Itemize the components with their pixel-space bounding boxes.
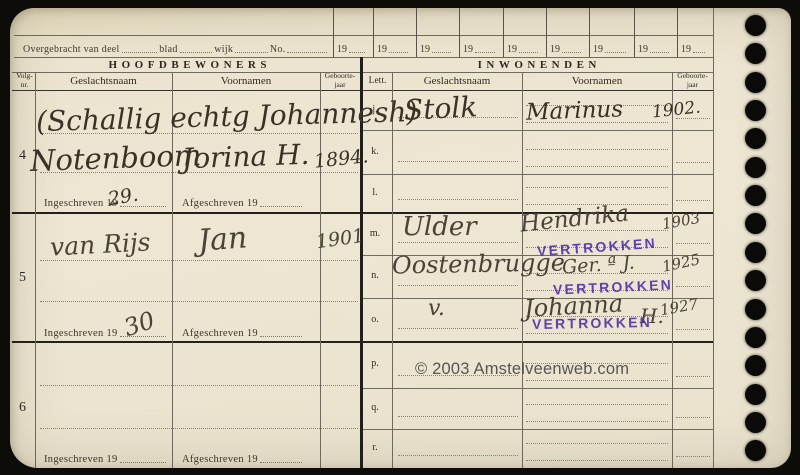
ingeschreven-text: Ingeschreven 19 xyxy=(44,328,118,339)
inwonenden-title: INWONENDEN xyxy=(361,59,713,71)
inwonenden-row-rule xyxy=(361,130,713,131)
punch-hole xyxy=(745,384,766,405)
ingeschreven-text: Ingeschreven 19 xyxy=(44,454,118,465)
dotted-blank xyxy=(432,49,451,53)
dotted-blank xyxy=(693,49,705,53)
inwonenden-row-rule xyxy=(361,388,713,389)
punch-hole xyxy=(745,185,766,206)
volgnr-4: 4 xyxy=(19,148,26,164)
inwonenden-row-rule xyxy=(361,174,713,175)
writing-dotline xyxy=(398,328,518,329)
dotted-blank xyxy=(650,49,669,53)
writing-dotline xyxy=(398,161,518,162)
geboortejaar-column-header-left: Geboorte- jaar xyxy=(320,72,360,90)
voornamen-column-header-left: Voornamen xyxy=(172,72,320,90)
ingeschreven-label-row4: Ingeschreven 19 xyxy=(44,198,168,209)
writing-dotline xyxy=(40,301,358,302)
year-column-rule xyxy=(546,8,547,57)
vertrokken-stamp-n: VERTROKKEN xyxy=(553,276,674,297)
afgeschreven-text: Afgeschreven 19 xyxy=(182,454,258,465)
afgeschreven-label-row5: Afgeschreven 19 xyxy=(182,328,304,339)
writing-dotline xyxy=(398,455,518,456)
lett-label: l. xyxy=(361,187,389,198)
writing-dotline xyxy=(676,286,710,287)
volgnr-5: 5 xyxy=(19,270,26,286)
lett-label: n. xyxy=(361,270,389,281)
afgeschreven-text: Afgeschreven 19 xyxy=(182,198,258,209)
year-cell: 19 xyxy=(377,39,410,55)
transfer-deel-label: Overgebracht van deel xyxy=(23,44,120,55)
writing-dotline xyxy=(398,199,518,200)
afgeschreven-text: Afgeschreven 19 xyxy=(182,328,258,339)
dotted-blank xyxy=(349,49,365,53)
lett-label: r. xyxy=(361,442,389,453)
geboortejaar-column-header-right: Geboorte- jaar xyxy=(672,72,713,90)
punch-hole xyxy=(745,15,766,36)
year-cell: 19 xyxy=(638,39,671,55)
year-column-rule xyxy=(416,8,417,57)
year-column-rule xyxy=(373,8,374,57)
inwonenden-row-rule xyxy=(361,429,713,430)
dotted-blank xyxy=(475,49,495,53)
handwriting-o-geslachtsnaam: v. xyxy=(428,296,445,321)
punch-hole xyxy=(745,355,766,376)
year-column-rule xyxy=(634,8,635,57)
dotted-blank xyxy=(287,49,327,53)
hoofdbewoners-title: HOOFDBEWONERS xyxy=(14,59,361,71)
punch-hole xyxy=(745,43,766,64)
writing-dotline xyxy=(526,333,668,334)
writing-dotline xyxy=(676,243,710,244)
handwriting-row4-geslachtsnaam: Notenboom xyxy=(29,138,201,178)
punch-hole xyxy=(745,299,766,320)
year-cell: 19 xyxy=(337,39,367,55)
dotted-blank xyxy=(260,203,302,207)
voornamen-column-header-right: Voornamen xyxy=(522,72,672,90)
year-column-rule xyxy=(459,8,460,57)
handwriting-row4-voornamen: Jorina H. xyxy=(181,138,309,175)
transfer-wijk-label: wijk xyxy=(214,44,233,55)
lett-label: p. xyxy=(361,358,389,369)
handwriting-row5-geboortejaar: 1901 xyxy=(315,225,366,254)
dotted-blank xyxy=(180,49,213,53)
writing-dotline xyxy=(526,166,668,167)
writing-dotline xyxy=(526,421,668,422)
dotted-blank xyxy=(562,49,581,53)
handwriting-row5-geslachtsnaam: van Rijs xyxy=(49,227,151,261)
year-cell: 19 xyxy=(420,39,453,55)
writing-dotline xyxy=(676,329,710,330)
punch-hole xyxy=(745,412,766,433)
writing-dotline xyxy=(398,416,518,417)
dotted-blank xyxy=(260,459,302,463)
year-cell: 19 xyxy=(507,39,540,55)
year-column-rule xyxy=(503,8,504,57)
lett-label: q. xyxy=(361,402,389,413)
year-column-rule xyxy=(589,8,590,57)
writing-dotline xyxy=(526,443,668,444)
geslachtsnaam-column-header-left: Geslachtsnaam xyxy=(35,72,172,90)
volgnr-column-header: Volg- nr. xyxy=(14,72,35,90)
dotted-blank xyxy=(389,49,408,53)
volgnr-6: 6 xyxy=(19,400,26,416)
dotted-blank xyxy=(122,49,158,53)
year-cell: 19 xyxy=(550,39,583,55)
writing-dotline xyxy=(398,242,518,243)
writing-dotline xyxy=(676,376,710,377)
ingeschreven-label-row6: Ingeschreven 19 xyxy=(44,454,168,465)
writing-dotline xyxy=(526,187,668,188)
writing-dotline xyxy=(676,456,710,457)
writing-dotline xyxy=(40,428,358,429)
afgeschreven-label-row4: Afgeschreven 19 xyxy=(182,198,304,209)
table-rule-vertical xyxy=(713,8,714,468)
writing-dotline xyxy=(40,385,358,386)
handwriting-m-voornamen: Hendrika xyxy=(519,200,630,237)
dotted-blank xyxy=(260,333,302,337)
year-cell: 19 xyxy=(593,39,628,55)
lett-column-header: Lett. xyxy=(363,72,392,90)
writing-dotline xyxy=(676,200,710,201)
writing-dotline xyxy=(676,417,710,418)
lett-label: m. xyxy=(361,228,389,239)
handwriting-j-geslachtsnaam: Stolk xyxy=(403,90,478,127)
table-rule-vertical xyxy=(320,72,321,468)
dotted-blank xyxy=(605,49,626,53)
punch-hole xyxy=(745,270,766,291)
punch-hole xyxy=(745,440,766,461)
punch-hole xyxy=(745,327,766,348)
punch-hole xyxy=(745,213,766,234)
lett-label: o. xyxy=(361,314,389,325)
geboortejaar-header-line2: jaar xyxy=(687,81,698,90)
geboortejaar-header-line2: jaar xyxy=(334,81,345,90)
transfer-row: Overgebracht van deel blad wijk No. xyxy=(23,39,329,55)
year-column-rule xyxy=(677,8,678,57)
writing-dotline xyxy=(526,380,668,381)
year-cell: 19 xyxy=(463,39,497,55)
afgeschreven-label-row6: Afgeschreven 19 xyxy=(182,454,304,465)
handwriting-m-geslachtsnaam: Ulder xyxy=(402,212,477,242)
register-card: Overgebracht van deel blad wijk No. HOOF… xyxy=(10,8,791,468)
table-rule-horizontal xyxy=(14,57,713,58)
punch-hole xyxy=(745,157,766,178)
writing-dotline xyxy=(676,162,710,163)
writing-dotline xyxy=(526,404,668,405)
table-rule-horizontal xyxy=(14,35,713,36)
ingeschreven-text: Ingeschreven 19 xyxy=(44,198,118,209)
punch-hole xyxy=(745,72,766,93)
copyright-watermark: © 2003 Amstelveenweb.com xyxy=(415,360,629,379)
geslachtsnaam-column-header-right: Geslachtsnaam xyxy=(392,72,522,90)
writing-dotline xyxy=(398,285,518,286)
dotted-blank xyxy=(519,49,538,53)
punch-hole xyxy=(745,100,766,121)
volgnr-header-line2: nr. xyxy=(21,81,29,90)
transfer-blad-label: blad xyxy=(159,44,177,55)
writing-dotline xyxy=(526,460,668,461)
handwriting-j-voornamen: Marinus xyxy=(526,96,624,125)
writing-dotline xyxy=(40,260,358,261)
punch-hole xyxy=(745,242,766,263)
transfer-no-label: No. xyxy=(270,44,286,55)
dotted-blank xyxy=(120,459,166,463)
writing-dotline xyxy=(526,149,668,150)
scanned-photo-background: Overgebracht van deel blad wijk No. HOOF… xyxy=(0,0,800,475)
year-cell: 19 xyxy=(681,39,707,55)
vertrokken-stamp-o: VERTROKKEN xyxy=(532,314,652,332)
year-column-rule xyxy=(333,8,334,57)
dotted-blank xyxy=(235,49,268,53)
handwriting-row5-voornamen: Jan xyxy=(197,220,249,258)
punch-hole xyxy=(745,128,766,149)
